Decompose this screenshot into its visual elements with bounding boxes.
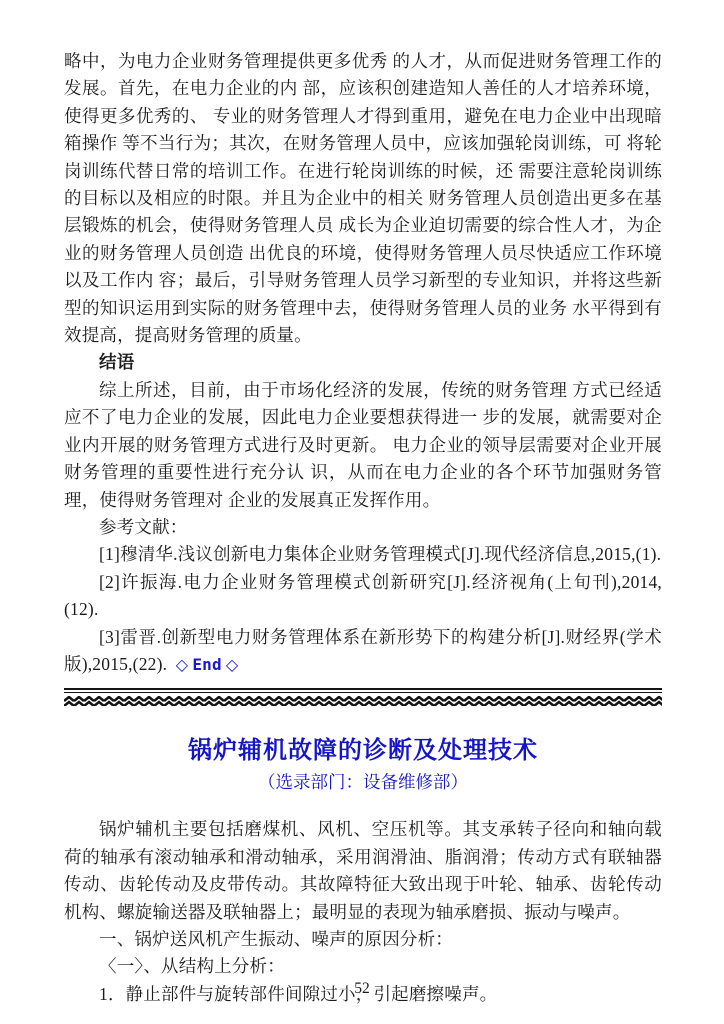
end-marker: ◇End◇ <box>172 655 243 674</box>
article-boiler-auxiliary: 锅炉辅机故障的诊断及处理技术 （选录部门：设备维修部） 锅炉辅机主要包括磨煤机、… <box>64 730 662 1008</box>
footer-left-dash: – <box>335 980 355 997</box>
intro-paragraph: 锅炉辅机主要包括磨煤机、风机、空压机等。其支承转子径向和轴向载荷的轴承有滚动轴承… <box>64 816 662 926</box>
conclusion-heading: 结语 <box>64 349 662 376</box>
end-marker-label: End <box>192 655 222 674</box>
references-heading: 参考文献： <box>64 514 662 541</box>
reference-item-3-text: [3]雷晋.创新型电力财务管理体系在新形势下的构建分析[J].财经界(学术版),… <box>64 627 662 674</box>
footer-right-dash: – <box>370 980 390 997</box>
section-heading: 一、锅炉送风机产生振动、噪声的原因分析： <box>64 926 662 953</box>
document-page: 略中，为电力企业财务管理提供更多优秀 的人才，从而促进财务管理工作的发展。首先，… <box>0 0 724 1024</box>
page-content: 略中，为电力企业财务管理提供更多优秀 的人才，从而促进财务管理工作的发展。首先，… <box>64 48 662 1008</box>
references-section: 参考文献： [1]穆清华.浅议创新电力集体企业财务管理模式[J].现代经济信息,… <box>64 514 662 679</box>
page-footer: –52– <box>0 980 724 998</box>
article-title: 锅炉辅机故障的诊断及处理技术 <box>64 730 662 765</box>
reference-item-1: [1]穆清华.浅议创新电力集体企业财务管理模式[J].现代经济信息,2015,(… <box>64 541 662 568</box>
subsection-heading: 〈一〉、从结构上分析： <box>64 953 662 980</box>
diamond-icon: ◇ <box>172 657 193 674</box>
reference-item-2: [2]许振海.电力企业财务管理模式创新研究[J].经济视角(上旬刊),2014,… <box>64 569 662 624</box>
conclusion-paragraph: 综上所述，目前，由于市场化经济的发展，传统的财务管理 方式已经适应不了电力企业的… <box>64 377 662 514</box>
divider-rule <box>64 688 662 693</box>
article-subtitle: （选录部门：设备维修部） <box>64 769 662 794</box>
zigzag-ornament-icon <box>64 696 662 706</box>
article-divider <box>64 688 662 706</box>
continuation-paragraph: 略中，为电力企业财务管理提供更多优秀 的人才，从而促进财务管理工作的发展。首先，… <box>64 48 662 349</box>
page-number: 52 <box>354 980 370 997</box>
diamond-icon: ◇ <box>222 657 243 674</box>
article-financial-management: 略中，为电力企业财务管理提供更多优秀 的人才，从而促进财务管理工作的发展。首先，… <box>64 48 662 679</box>
reference-item-3: [3]雷晋.创新型电力财务管理体系在新形势下的构建分析[J].财经界(学术版),… <box>64 624 662 680</box>
